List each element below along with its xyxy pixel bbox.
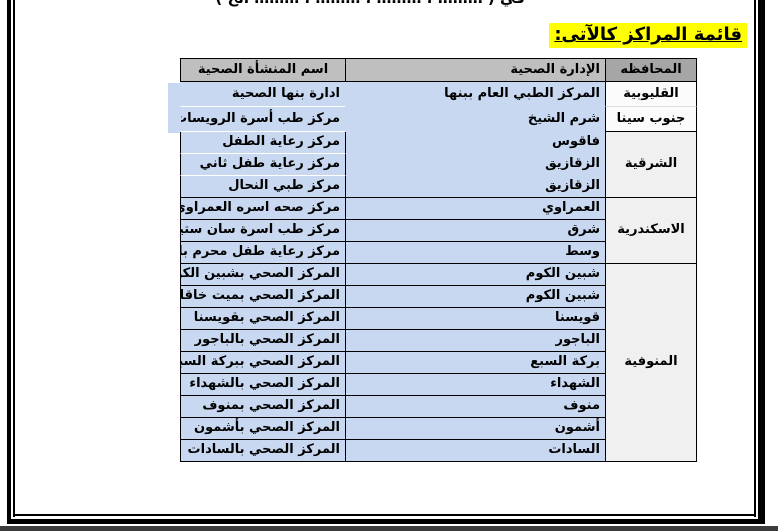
governorate-cell: الاسكندرية <box>605 198 697 264</box>
governorate-cell: القليوبية <box>605 82 697 107</box>
administration-cell: أشمون <box>345 418 605 440</box>
administration-cell: الشهداء <box>345 374 605 396</box>
table-row: المنوفيةشبين الكومالمركز الصحي بشبين الك… <box>180 264 697 286</box>
administration-cell: شبين الكوم <box>345 264 605 286</box>
facility-cell: مركز طب اسرة سان ستيفانو <box>180 220 345 242</box>
administration-cell: الباجور <box>345 330 605 352</box>
facility-cell: المركز الصحي بالباجور <box>180 330 345 352</box>
facility-cell: مركز رعاية طفل ثاني <box>180 154 345 176</box>
page-border-left-thick <box>7 0 11 523</box>
page-border-right-thick <box>758 0 765 523</box>
administration-cell: السادات <box>345 440 605 462</box>
administration-cell: فاقوس <box>345 132 605 154</box>
page-border-bottom-thick <box>7 519 765 524</box>
facility-cell: المركز الصحي بشبين الكوم <box>180 264 345 286</box>
table-header-row: المحافظه الإدارة الصحية اسم المنشأة الصح… <box>180 58 697 82</box>
clipped-paragraph: في ( ……… ، ……… ، ……… ، ……… الخ ). <box>215 0 525 9</box>
facility-cell: المركز الصحي بميت خاقان <box>180 286 345 308</box>
facility-cell: مركز صحه اسره العمراوي <box>180 198 345 220</box>
administration-cell: منوف <box>345 396 605 418</box>
facility-cell: مركز طبي النحال <box>180 176 345 198</box>
document-page: { "page": { "clipped_top_text": "في ( ……… <box>0 0 778 531</box>
table-row: جنوب سيناشرم الشيخمركز طب أسرة الرويسات <box>180 107 697 132</box>
page-border-bottom-thin <box>14 514 755 516</box>
header-governorate: المحافظه <box>605 58 697 82</box>
desktop-background-strip <box>0 526 778 531</box>
administration-cell: شرم الشيخ <box>345 107 605 132</box>
facility-cell: ادارة بنها الصحية <box>180 82 345 107</box>
governorate-cell: الشرقية <box>605 132 697 198</box>
facility-cell: المركز الصحي بالشهداء <box>180 374 345 396</box>
administration-cell: المركز الطبي العام ببنها <box>345 82 605 107</box>
administration-cell: العمراوي <box>345 198 605 220</box>
facility-cell: المركز الصحي بقويسنا <box>180 308 345 330</box>
administration-cell: شرق <box>345 220 605 242</box>
administration-cell: الزقازيق <box>345 176 605 198</box>
header-facility: اسم المنشأة الصحية <box>180 58 345 82</box>
administration-cell: قويسنا <box>345 308 605 330</box>
table-row: الشرقيةفاقوسمركز رعاية الطفل <box>180 132 697 154</box>
facility-cell: المركز الصحي بأشمون <box>180 418 345 440</box>
table-row: الاسكندريةالعمراويمركز صحه اسره العمراوي <box>180 198 697 220</box>
governorate-cell: جنوب سينا <box>605 107 697 132</box>
table-row: القليوبيةالمركز الطبي العام ببنهاادارة ب… <box>180 82 697 107</box>
header-administration: الإدارة الصحية <box>345 58 605 82</box>
facility-cell: المركز الصحي ببركة السبع <box>180 352 345 374</box>
administration-cell: بركة السبع <box>345 352 605 374</box>
page-border-left-thin <box>13 0 15 517</box>
centers-table: المحافظه الإدارة الصحية اسم المنشأة الصح… <box>180 58 697 462</box>
clipped-paragraph-text: في ( ……… ، ……… ، ……… ، ……… الخ ). <box>215 0 525 7</box>
governorate-cell: المنوفية <box>605 264 697 462</box>
facility-cell: مركز طب أسرة الرويسات <box>180 107 345 132</box>
facility-cell: مركز رعاية الطفل <box>180 132 345 154</box>
administration-cell: وسط <box>345 242 605 264</box>
section-title: قائمة المراكز كالآتى: <box>549 23 747 48</box>
facility-cell: مركز رعاية طفل محرم بك <box>180 242 345 264</box>
centers-table-container: المحافظه الإدارة الصحية اسم المنشأة الصح… <box>180 58 697 462</box>
administration-cell: شبين الكوم <box>345 286 605 308</box>
facility-cell: المركز الصحي بمنوف <box>180 396 345 418</box>
facility-cell: المركز الصحي بالسادات <box>180 440 345 462</box>
page-border-right-thin <box>754 0 756 517</box>
administration-cell: الزقازيق <box>345 154 605 176</box>
